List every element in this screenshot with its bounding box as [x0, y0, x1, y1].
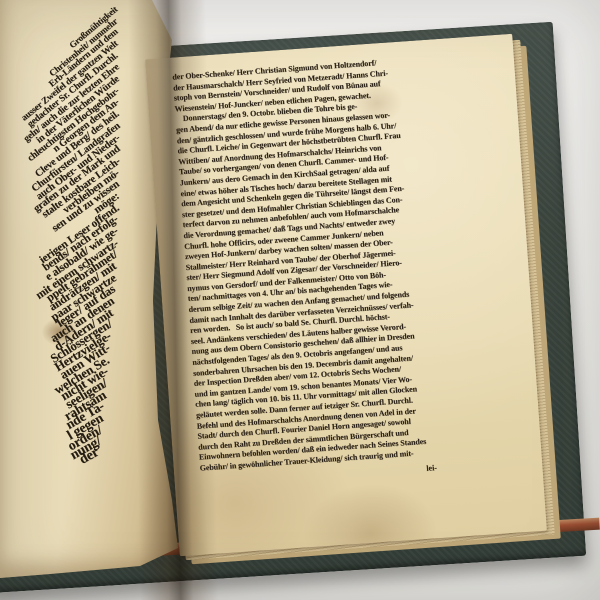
right-page-text: der Ober-Schenke/ Herr Christian Sigmund…: [172, 52, 491, 474]
right-page-catchword: lei-: [426, 463, 437, 473]
right-recto-page: der Ober-Schenke/ Herr Christian Sigmund…: [145, 34, 547, 556]
